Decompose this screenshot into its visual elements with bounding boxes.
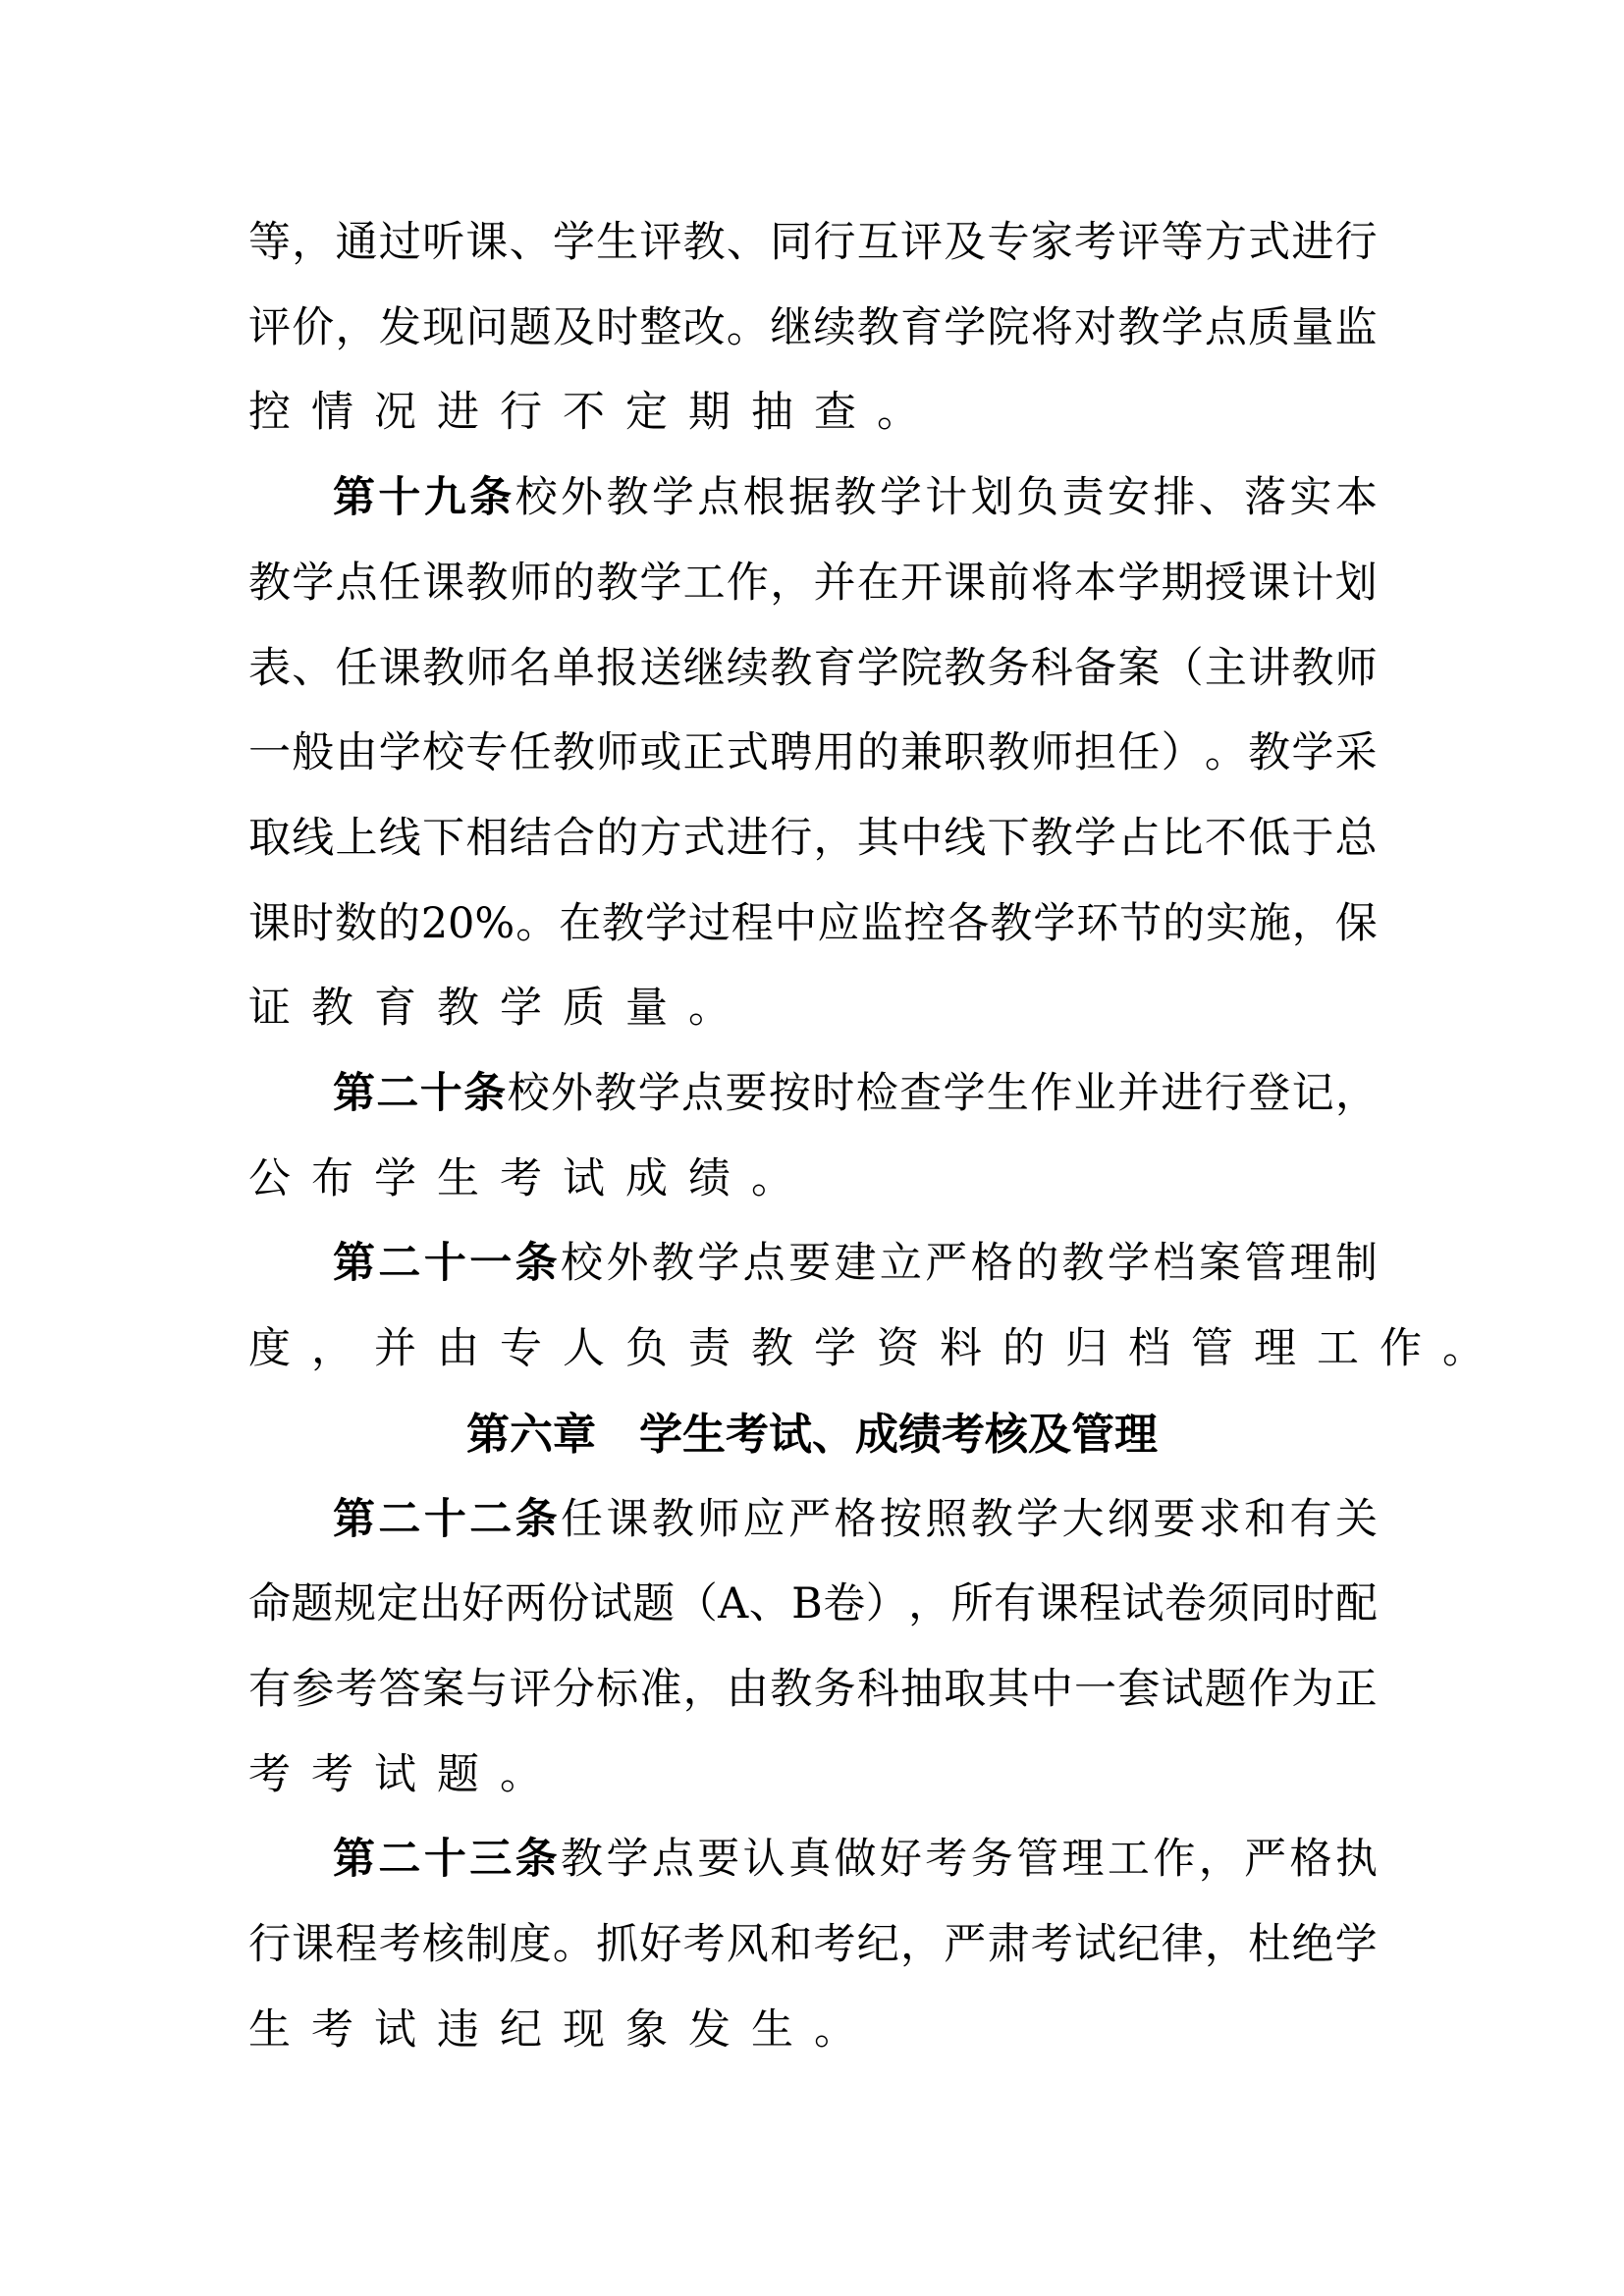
text-char: 关 — [1335, 1477, 1378, 1563]
text-char: 点 — [652, 1817, 694, 1902]
text-char: 方 — [639, 796, 681, 881]
text-char: 本 — [1074, 541, 1116, 626]
text-char: 科 — [1031, 626, 1073, 712]
text-char: B — [791, 1562, 823, 1647]
text-char: 采 — [1335, 711, 1378, 796]
text-char: 大 — [1062, 1477, 1105, 1563]
paragraph-line: 控情况进行不定期抽查。 — [248, 370, 1378, 455]
text-char: 配 — [1335, 1562, 1378, 1647]
text-char: 建 — [834, 1221, 876, 1307]
text-char: 答 — [379, 1647, 421, 1733]
text-char: 认 — [743, 1817, 785, 1902]
text-char: 课 — [1248, 541, 1290, 626]
text-char: 卷 — [823, 1562, 865, 1647]
text-char: 学 — [880, 455, 922, 541]
article-label-char: 条 — [463, 1051, 506, 1137]
paragraph-line: 考考试题。 — [248, 1733, 1378, 1818]
text-char: ， — [813, 796, 855, 881]
text-char: 课 — [292, 1902, 334, 1988]
text-char: 学 — [1117, 541, 1160, 626]
paragraph-line: 生考试违纪现象发生。 — [248, 1988, 1378, 2073]
article-label-char: 第 — [333, 1477, 375, 1563]
article-label-char: 三 — [469, 1817, 512, 1902]
text-char: 式 — [727, 711, 769, 796]
text-char: 数 — [335, 881, 377, 967]
text-char: 课 — [606, 1477, 648, 1563]
text-char: 续 — [813, 286, 855, 371]
article-21-first-line: 第二十一条校外教学点要建立严格的教学档案管理制 — [248, 1221, 1378, 1307]
text-char: 校 — [561, 1221, 603, 1307]
paragraph-line: 评价，发现问题及时整改。继续教育学院将对教学点质量监 — [248, 286, 1378, 371]
text-char: 安 — [1108, 455, 1150, 541]
text-char: 科 — [857, 1647, 899, 1733]
text-char: 课 — [379, 626, 421, 712]
text-char: 教 — [553, 711, 595, 796]
text-char: 、 — [292, 626, 334, 712]
article-label-char: 十 — [424, 1221, 466, 1307]
text-char: 进 — [1161, 1051, 1203, 1137]
text-char: 应 — [818, 881, 860, 967]
text-char: 学 — [645, 881, 687, 967]
text-char: 任 — [379, 541, 421, 626]
text-char: 时 — [812, 1051, 854, 1137]
text-char: 保 — [1335, 881, 1378, 967]
text-char: 生 — [987, 1051, 1029, 1137]
text-char: 教 — [1248, 711, 1290, 796]
text-char: 继 — [683, 626, 726, 712]
text-char: 教 — [944, 626, 986, 712]
text-char: 工 — [683, 541, 726, 626]
text-char: 抓 — [596, 1902, 638, 1988]
text-char: 学 — [553, 200, 595, 286]
text-char: 点 — [743, 1221, 785, 1307]
text-char: 线 — [379, 796, 421, 881]
article-label-char: 第 — [333, 1817, 375, 1902]
text-char: 核 — [422, 1902, 464, 1988]
text-char: 教 — [561, 1817, 603, 1902]
text-char: 改 — [683, 286, 726, 371]
article-19-first-line: 第十九条校外教学点根据教学计划负责安排、落实本 — [248, 455, 1378, 541]
text-char: 听 — [422, 200, 464, 286]
text-char: 点 — [681, 1051, 724, 1137]
text-char: 杜 — [1248, 1902, 1290, 1988]
text-char: 行 — [1335, 200, 1378, 286]
chapter-heading: 第六章 学生考试、成绩考核及管理 — [0, 1392, 1624, 1477]
text-char: 照 — [925, 1477, 967, 1563]
article-20-first-line: 第二十条校外教学点要按时检查学生作业并进行登记， — [248, 1051, 1378, 1137]
text-char: 、 — [749, 1562, 791, 1647]
text-char: 档 — [1153, 1221, 1195, 1307]
text-char: 制 — [465, 1902, 508, 1988]
paragraph-line: 度，并由专人负责教学资料的归档管理工作。 — [248, 1307, 1378, 1392]
text-char: 题 — [632, 1562, 675, 1647]
text-char: 将 — [1031, 286, 1073, 371]
text-char: 线 — [292, 796, 334, 881]
text-char: 教 — [988, 711, 1030, 796]
article-label-char: 二 — [378, 1477, 420, 1563]
text-char: 作 — [1030, 1051, 1072, 1137]
article-label-char: 条 — [515, 1477, 558, 1563]
text-char: 通 — [336, 200, 378, 286]
text-char: 同 — [1250, 1562, 1292, 1647]
article-label-char: 十 — [378, 455, 420, 541]
text-char: 家 — [1031, 200, 1073, 286]
text-char: 登 — [1248, 1051, 1290, 1137]
text-char: 师 — [697, 1477, 739, 1563]
text-char: 程 — [1079, 1562, 1121, 1647]
text-char: 检 — [856, 1051, 898, 1137]
article-label-char: 十 — [424, 1477, 466, 1563]
text-char: 要 — [1153, 1477, 1195, 1563]
text-char: ， — [336, 286, 378, 371]
text-char: 抽 — [900, 1647, 943, 1733]
text-char: 务 — [971, 1817, 1013, 1902]
text-char: ， — [683, 1647, 726, 1733]
text-char: 格 — [834, 1477, 876, 1563]
text-char: 好 — [461, 1562, 504, 1647]
text-char: 计 — [1291, 541, 1333, 626]
text-char: 按 — [880, 1477, 922, 1563]
article-22-first-line: 第二十二条任课教师应严格按照教学大纲要求和有关 — [248, 1477, 1378, 1563]
text-char: 。 — [553, 1902, 595, 1988]
text-char: 任 — [1117, 711, 1160, 796]
text-char: 作 — [727, 541, 769, 626]
text-char: 教 — [596, 541, 638, 626]
text-char: 校 — [422, 711, 464, 796]
text-char: 下 — [988, 796, 1030, 881]
text-char: 师 — [510, 541, 552, 626]
text-char: 考 — [1074, 200, 1116, 286]
text-char: 前 — [988, 541, 1030, 626]
text-char: 的 — [378, 881, 420, 967]
text-char: 中 — [775, 881, 817, 967]
text-char: 学 — [292, 541, 334, 626]
text-char: 任 — [561, 1477, 603, 1563]
text-char: 点 — [1205, 286, 1247, 371]
text-char: 任 — [510, 711, 552, 796]
text-char: 发 — [379, 286, 421, 371]
text-char: 案 — [422, 1647, 464, 1733]
text-char: 求 — [1199, 1477, 1241, 1563]
text-char: 开 — [900, 541, 943, 626]
text-char: 等 — [1162, 200, 1204, 286]
text-char: 校 — [508, 1051, 550, 1137]
text-char: 。 — [1205, 711, 1247, 796]
article-label-char: 二 — [378, 1817, 420, 1902]
text-char: 。 — [515, 881, 558, 967]
text-char: 行 — [770, 796, 812, 881]
paragraph-line: 公布学生考试成绩。 — [248, 1137, 1378, 1222]
text-char: 一 — [1074, 1647, 1116, 1733]
text-char: 份 — [547, 1562, 589, 1647]
text-char: 试 — [1122, 1562, 1164, 1647]
text-char: 律 — [1162, 1902, 1204, 1988]
text-char: 师 — [465, 626, 508, 712]
text-char: 20% — [421, 881, 515, 967]
text-char: 用 — [813, 711, 855, 796]
article-label-char: 条 — [515, 1221, 558, 1307]
text-char: 绝 — [1291, 1902, 1333, 1988]
text-char: 的 — [857, 711, 899, 796]
text-char: 两 — [505, 1562, 547, 1647]
paragraph-line: 课时数的20%。在教学过程中应监控各教学环节的实施，保 — [248, 881, 1378, 967]
text-char: 教 — [1291, 626, 1333, 712]
text-char: 为 — [1291, 1647, 1333, 1733]
text-char: 定 — [376, 1562, 418, 1647]
text-char: 作 — [1153, 1817, 1195, 1902]
text-char: 作 — [1248, 1647, 1290, 1733]
text-char: 纪 — [1117, 1902, 1160, 1988]
text-char: 行 — [1205, 1051, 1247, 1137]
text-char: 师 — [1031, 711, 1073, 796]
text-char: 相 — [465, 796, 508, 881]
text-char: 过 — [688, 881, 731, 967]
text-char: 授 — [1205, 541, 1247, 626]
text-char: 肃 — [988, 1902, 1030, 1988]
text-char: 应 — [743, 1477, 785, 1563]
text-char: 教 — [770, 1647, 812, 1733]
text-char: ， — [292, 200, 334, 286]
text-char: 行 — [813, 200, 855, 286]
text-char: 实 — [1206, 881, 1248, 967]
text-char: ， — [1335, 1051, 1378, 1137]
text-char: 考 — [1031, 1902, 1073, 1988]
text-char: 。 — [727, 286, 769, 371]
text-char: 学 — [606, 1817, 648, 1902]
text-char: 专 — [465, 711, 508, 796]
paragraph-line: 行课程考核制度。抓好考风和考纪，严肃考试纪律，杜绝学 — [248, 1902, 1378, 1988]
text-char: 查 — [899, 1051, 942, 1137]
text-char: 时 — [292, 881, 334, 967]
text-char: 对 — [1074, 286, 1116, 371]
text-char: 出 — [419, 1562, 461, 1647]
text-char: ， — [1199, 1817, 1241, 1902]
text-char: ） — [866, 1562, 908, 1647]
text-char: 纪 — [857, 1902, 899, 1988]
text-char: 评 — [248, 286, 291, 371]
text-char: 工 — [1108, 1817, 1150, 1902]
text-char: 真 — [788, 1817, 831, 1902]
text-char: 、 — [727, 200, 769, 286]
text-char: 纲 — [1108, 1477, 1150, 1563]
text-char: 时 — [596, 286, 638, 371]
text-char: 要 — [697, 1817, 739, 1902]
text-char: 低 — [1248, 796, 1290, 881]
text-char: 正 — [683, 711, 726, 796]
article-label-char: 十 — [420, 1051, 462, 1137]
article-label-char: 二 — [376, 1051, 418, 1137]
text-char: 程 — [336, 1902, 378, 1988]
text-char: 取 — [248, 796, 291, 881]
text-char: 实 — [1290, 455, 1332, 541]
text-char: 学 — [639, 541, 681, 626]
text-char: 教 — [1117, 286, 1160, 371]
article-label-char: 十 — [424, 1817, 466, 1902]
text-char: ， — [900, 1902, 943, 1988]
text-char: 题 — [291, 1562, 333, 1647]
text-char: 续 — [727, 626, 769, 712]
text-char: 学 — [1108, 1221, 1150, 1307]
text-char: ） — [1162, 711, 1204, 796]
text-char: 业 — [1074, 1051, 1116, 1137]
text-char: 按 — [769, 1051, 811, 1137]
text-char: 分 — [553, 1647, 595, 1733]
text-char: 教 — [422, 626, 464, 712]
text-char: 考 — [813, 1902, 855, 1988]
text-char: 题 — [510, 286, 552, 371]
text-char: 教 — [990, 881, 1032, 967]
text-char: 育 — [900, 286, 943, 371]
text-char: 责 — [1062, 455, 1105, 541]
text-char: 问 — [465, 286, 508, 371]
text-char: 负 — [1016, 455, 1058, 541]
text-char: 在 — [857, 541, 899, 626]
text-char: 试 — [590, 1562, 632, 1647]
text-char: 课 — [465, 200, 508, 286]
article-label-char: 第 — [333, 455, 375, 541]
text-char: 有 — [994, 1562, 1036, 1647]
text-char: 表 — [248, 626, 291, 712]
document-page: 等，通过听课、学生评教、同行互评及专家考评等方式进行 评价，发现问题及时整改。继… — [0, 0, 1624, 2296]
text-char: 程 — [731, 881, 774, 967]
text-char: 比 — [1162, 796, 1204, 881]
text-char: 课 — [944, 541, 986, 626]
text-char: 严 — [944, 1902, 986, 1988]
text-char: 于 — [1291, 796, 1333, 881]
text-char: （ — [1162, 626, 1204, 712]
text-char: 教 — [971, 1477, 1013, 1563]
text-char: 其 — [988, 1647, 1030, 1733]
text-char: 制 — [1335, 1221, 1378, 1307]
article-label-char: 第 — [333, 1051, 375, 1137]
text-char: A — [718, 1562, 748, 1647]
text-char: 或 — [639, 711, 681, 796]
text-char: 外 — [606, 1221, 648, 1307]
text-char: 参 — [292, 1647, 334, 1733]
text-char: 案 — [1117, 626, 1160, 712]
text-char: 严 — [1244, 1817, 1286, 1902]
text-char: 担 — [1074, 711, 1116, 796]
text-char: 教 — [857, 286, 899, 371]
text-char: 并 — [1117, 1051, 1160, 1137]
paragraph-line: 等，通过听课、学生评教、同行互评及专家考评等方式进行 — [248, 200, 1378, 286]
text-char: 及 — [944, 200, 986, 286]
article-23-first-line: 第二十三条教学点要认真做好考务管理工作，严格执 — [248, 1817, 1378, 1902]
text-char: 不 — [1205, 796, 1247, 881]
text-char: 教 — [834, 455, 876, 541]
text-char: 外 — [561, 455, 603, 541]
text-char: 学 — [1335, 1902, 1378, 1988]
text-char: 务 — [813, 1647, 855, 1733]
text-char: 学 — [1074, 796, 1116, 881]
text-char: 职 — [944, 711, 986, 796]
text-char: 单 — [553, 626, 595, 712]
text-char: 结 — [510, 796, 552, 881]
text-char: ， — [1292, 881, 1334, 967]
text-char: 中 — [1031, 1647, 1073, 1733]
text-char: 要 — [726, 1051, 768, 1137]
text-char: 风 — [727, 1902, 769, 1988]
text-char: 题 — [1205, 1647, 1247, 1733]
text-char: 学 — [1016, 1477, 1058, 1563]
text-char: 正 — [1335, 1647, 1378, 1733]
text-char: 划 — [971, 455, 1013, 541]
text-char: 下 — [422, 796, 464, 881]
text-char: 标 — [596, 1647, 638, 1733]
text-char: 的 — [1016, 1221, 1058, 1307]
text-char: 同 — [770, 200, 812, 286]
text-char: 与 — [465, 1647, 508, 1733]
text-char: 试 — [1162, 1647, 1204, 1733]
text-char: 施 — [1249, 881, 1291, 967]
text-char: 划 — [1335, 541, 1378, 626]
text-char: 育 — [813, 626, 855, 712]
text-char: 方 — [1205, 200, 1247, 286]
article-label-char: 九 — [424, 455, 466, 541]
text-char: 做 — [834, 1817, 876, 1902]
text-char: ， — [1205, 1902, 1247, 1988]
article-label-char: 条 — [469, 455, 512, 541]
text-char: 卷 — [1164, 1562, 1207, 1647]
text-char: 严 — [925, 1221, 967, 1307]
text-char: 学 — [857, 626, 899, 712]
text-char: 合 — [553, 796, 595, 881]
text-char: 式 — [1248, 200, 1290, 286]
text-char: 行 — [248, 1902, 291, 1988]
text-char: 任 — [336, 626, 378, 712]
text-char: 理 — [1062, 1817, 1105, 1902]
text-char: 一 — [248, 711, 291, 796]
text-char: 学 — [697, 1221, 739, 1307]
text-char: 控 — [903, 881, 946, 967]
text-char: 案 — [1199, 1221, 1241, 1307]
text-char: 所 — [951, 1562, 994, 1647]
text-char: 等 — [248, 200, 291, 286]
text-char: 讲 — [1248, 626, 1290, 712]
text-char: 评 — [510, 1647, 552, 1733]
text-char: 务 — [988, 626, 1030, 712]
text-char: 考 — [379, 1902, 421, 1988]
text-char: 根 — [743, 455, 785, 541]
text-char: 好 — [880, 1817, 922, 1902]
text-char: 教 — [683, 200, 726, 286]
text-char: 落 — [1244, 455, 1286, 541]
text-char: 和 — [1244, 1477, 1286, 1563]
text-char: 中 — [900, 796, 943, 881]
text-char: 各 — [947, 881, 989, 967]
text-char: 占 — [1117, 796, 1160, 881]
text-char: 考 — [683, 1902, 726, 1988]
text-char: 监 — [861, 881, 903, 967]
text-char: 线 — [944, 796, 986, 881]
text-char: ， — [908, 1562, 950, 1647]
article-label-char: 二 — [469, 1477, 512, 1563]
text-char: 质 — [1248, 286, 1290, 371]
text-char: 报 — [596, 626, 638, 712]
text-char: 教 — [606, 455, 648, 541]
text-char: 聘 — [770, 711, 812, 796]
text-char: 试 — [1074, 1902, 1116, 1988]
text-char: 期 — [1162, 541, 1204, 626]
text-char: 现 — [422, 286, 464, 371]
text-char: 度 — [510, 1902, 552, 1988]
text-char: 般 — [292, 711, 334, 796]
text-char: 排 — [1153, 455, 1195, 541]
text-char: 并 — [813, 541, 855, 626]
text-char: 学 — [944, 286, 986, 371]
text-char: 其 — [857, 796, 899, 881]
paragraph-line: 命题规定出好两份试题（A、B卷），所有课程试卷须同时配 — [248, 1562, 1378, 1647]
